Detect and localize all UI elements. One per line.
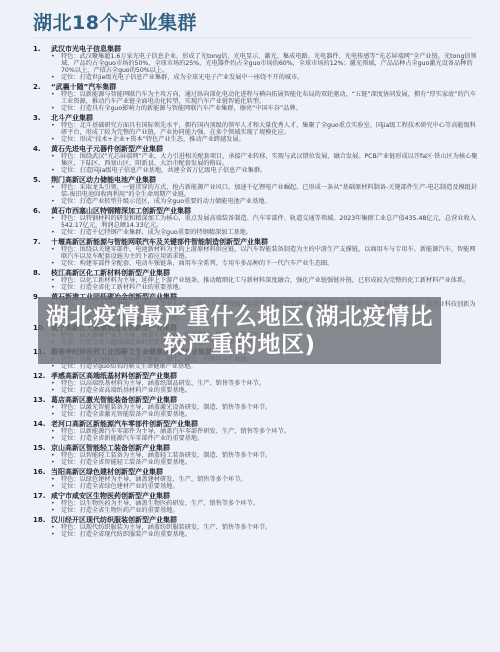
- bullet-dot-icon: •: [51, 483, 61, 490]
- bullet-label: 定位：: [61, 136, 80, 143]
- cluster-number: 17.: [33, 492, 51, 500]
- bullet-label: 特色：: [61, 452, 80, 459]
- cluster-item: 7. 十堰高新区新能源与智能网联汽车及关键部件智能制造创新型产业集群 •特色：围…: [33, 238, 478, 267]
- bullet-positioning: •定位：打造全省新能源汽车零部件产业的重要基地。: [33, 435, 478, 442]
- bullet-feature: •特色：以智能轻工装备为主导，涵盖轻工装备研发、制造、销售等多个环节。: [33, 452, 478, 459]
- bullet-dot-icon: •: [51, 167, 61, 174]
- bullet-text: 特色：围绕武汉“光芯屏端网”产业，大力引进相关配套项目，承接产业转移，实现与武汉…: [61, 153, 478, 167]
- bullet-label: 定位：: [61, 284, 80, 291]
- bullet-text: 定位：打造全省绿色建材产业的重要基地。: [61, 483, 478, 490]
- bullet-body: 打造具有全guo影响力的新能源与智能网联汽车产业集群，擦亮“中国车谷”品牌。: [80, 105, 302, 112]
- bullet-feature: •特色：以新能源汽车零部件为主导，涵盖汽车零部件研发、生产、销售等多个环节。: [33, 428, 478, 435]
- cluster-bullets: •特色：围绕以关键零部件、电池新材料为主的上游原材料供应链，以汽车智能装备制造为…: [33, 246, 478, 267]
- bullet-dot-icon: •: [51, 184, 61, 198]
- bullet-dot-icon: •: [51, 277, 61, 284]
- bullet-positioning: •定位：打造全省现代纺织服装产业的重要基地。: [33, 531, 478, 538]
- cluster-bullets: •特色：以生物医药为主导，涵盖生物医药研发、生产、销售等多个环节。•定位：打造全…: [33, 500, 478, 514]
- bullet-dot-icon: •: [51, 105, 61, 112]
- cluster-heading: 3. 北斗产业集群: [33, 114, 478, 122]
- bullet-body: 以现代纺织服装为主导，涵盖纺织服装研发、生产、销售等多个环节。: [80, 524, 272, 531]
- bullet-dot-icon: •: [51, 435, 61, 442]
- bullet-text: 特色：以新能源汽车零部件为主导，涵盖汽车零部件研发、生产、销售等多个环节。: [61, 428, 478, 435]
- cluster-name: 咸宁市咸安区生物医药创新型产业集群: [51, 492, 478, 500]
- bullet-text: 定位：打造全省生物医药产业的重要基地。: [61, 507, 478, 514]
- bullet-dot-icon: •: [51, 229, 61, 236]
- bullet-label: 定位：: [61, 387, 80, 394]
- bullet-positioning: •定位：打造具有全guo影响力的新能源与智能网联汽车产业集群，擦亮“中国车谷”品…: [33, 105, 478, 112]
- bullet-positioning: •定位：打造千亿特钢产业集群，成为全guo重要的特钢精深加工基地。: [33, 229, 478, 236]
- bullet-text: 定位：打造千亿特钢产业集群，成为全guo重要的特钢精深加工基地。: [61, 229, 478, 236]
- cluster-item: 18. 汉川经开区现代纺织服装创新型产业集群 •特色：以现代纺织服装为主导，涵盖…: [33, 516, 478, 538]
- bullet-positioning: •定位：打造全省化工新材料产业的重要基地。: [33, 284, 478, 291]
- bullet-label: 特色：: [61, 500, 80, 507]
- cluster-name: 孝感高新区高端纸基材料创新型产业集群: [51, 372, 478, 380]
- cluster-bullets: •特色：以新能源汽车零部件为主导，涵盖汽车零部件研发、生产、销售等多个环节。•定…: [33, 428, 478, 442]
- bullet-body: 打造全省高端纸基材料产业的重要基地。: [80, 387, 191, 394]
- bullet-body: 以高端纸基材料为主导，涵盖纸制品研发、生产、销售等多个环节。: [80, 380, 266, 387]
- cluster-bullets: •特色：以激光智能装备为主导，涵盖激光设备研发、制造、销售等多个环节。•定位：打…: [33, 404, 478, 418]
- bullet-label: 定位：: [61, 105, 80, 112]
- bullet-body: 采取龙头引领、一链贯穿的方式，抢占新能源产业风口，加速千亿锂电产业崛起。已形成一…: [61, 184, 477, 198]
- cluster-name: 黄石先进电子元器件创新型产业集群: [51, 145, 478, 153]
- bullet-body: 以化工新材料为主导，延伸上下游产业链条，推动精细化工与新材料深度融合，强化产业链…: [80, 277, 470, 284]
- bullet-body: 形成“技术+企业+资本”特色产业生态，推动产业跨越发展。: [80, 136, 245, 143]
- bullet-body: 打造全省新能源汽车零部件产业的重要基地。: [80, 435, 204, 442]
- cluster-bullets: •特色：以化工新材料为主导，延伸上下游产业链条，推动精细化工与新材料深度融合，强…: [33, 277, 478, 291]
- bullet-body: 打造全省绿色建材产业的重要基地。: [80, 483, 179, 490]
- bullet-label: 定位：: [61, 507, 80, 514]
- cluster-bullets: •特色：以现代纺织服装为主导，涵盖纺织服装研发、生产、销售等多个环节。•定位：打…: [33, 524, 478, 538]
- bullet-dot-icon: •: [51, 198, 61, 205]
- bullet-body: 武汉聚集超1.6万家光电子信息企业，形成了光tong信、光电显示、激光、集成电路…: [61, 53, 477, 74]
- bullet-label: 特色：: [61, 153, 80, 160]
- cluster-number: 8.: [33, 269, 51, 277]
- bullet-dot-icon: •: [51, 363, 61, 370]
- cluster-number: 6.: [33, 207, 51, 215]
- cluster-item: 17. 咸宁市咸安区生物医药创新型产业集群 •特色：以生物医药为主导，涵盖生物医…: [33, 492, 478, 514]
- cluster-number: 13.: [33, 396, 51, 404]
- bullet-feature: •特色：以高端纸基材料为主导，涵盖纸制品研发、生产、销售等多个环节。: [33, 380, 478, 387]
- bullet-feature: •特色：以化工新材料为主导，延伸上下游产业链条，推动精细化工与新材料深度融合，强…: [33, 277, 478, 284]
- bullet-label: 定位：: [61, 74, 80, 81]
- bullet-dot-icon: •: [51, 507, 61, 514]
- bullet-body: 打造国jia级电子信息产业基地，共建全省万亿级电子信息产业集群。: [80, 167, 267, 174]
- cluster-item: 3. 北斗产业集群 •特色：北斗基础研究方面具有国际领先水平，拥有国内顶级的领军…: [33, 114, 478, 143]
- cluster-item: 4. 黄石先进电子元器件创新型产业集群 •特色：围绕武汉“光芯屏端网”产业，大力…: [33, 145, 478, 174]
- bullet-text: 特色：武汉聚集超1.6万家光电子信息企业，形成了光tong信、光电显示、激光、集…: [61, 53, 478, 74]
- cluster-number: 7.: [33, 238, 51, 246]
- bullet-body: 北斗基础研究方面具有国际领先水平，拥有国内顶级的领军人才和大量优秀人才，集聚了全…: [61, 122, 476, 136]
- bullet-body: 打造全省化工新材料产业的重要基地。: [80, 284, 185, 291]
- bullet-positioning: •定位：打造全省绿色建材产业的重要基地。: [33, 483, 478, 490]
- headline-overlay-banner: 湖北疫情最严重什么地区(湖北疫情比较严重的地区): [38, 297, 441, 364]
- cluster-heading: 17. 咸宁市咸安区生物医药创新型产业集群: [33, 492, 478, 500]
- cluster-item: 15. 京山高新区智能轻工装备创新产业集群 •特色：以智能轻工装备为主导，涵盖轻…: [33, 444, 478, 466]
- bullet-feature: •特色：以现代纺织服装为主导，涵盖纺织服装研发、生产、销售等多个环节。: [33, 524, 478, 531]
- bullet-dot-icon: •: [51, 531, 61, 538]
- bullet-feature: •特色：以激光智能装备为主导，涵盖激光设备研发、制造、销售等多个环节。: [33, 404, 478, 411]
- bullet-text: 特色：以激光智能装备为主导，涵盖激光设备研发、制造、销售等多个环节。: [61, 404, 478, 411]
- bullet-label: 定位：: [61, 198, 80, 205]
- bullet-text: 特色：以特钢材料的研发和精深加工为核心，重点发展高端装备制造、汽车零部件、轨道交…: [61, 215, 478, 229]
- bullet-body: 打造全省激光智能装备产业的重要基地。: [80, 411, 191, 418]
- bullet-dot-icon: •: [51, 74, 61, 81]
- cluster-heading: 16. 当阳高新区绿色建材创新型产业集群: [33, 468, 478, 476]
- bullet-body: 打造产业转型升级示范区，成为全guo重要的动力储能电池产业基地。: [80, 198, 271, 205]
- bullet-text: 定位：打造具有全guo影响力的新能源与智能网联汽车产业集群，擦亮“中国车谷”品牌…: [61, 105, 478, 112]
- bullet-feature: •特色：采取龙头引领、一链贯穿的方式，抢占新能源产业风口，加速千亿锂电产业崛起。…: [33, 184, 478, 198]
- cluster-item: 8. 枝江高新区化工新材料创新型产业集群 •特色：以化工新材料为主导，延伸上下游…: [33, 269, 478, 291]
- bullet-text: 定位：打造全省高端纸基材料产业的重要基地。: [61, 387, 478, 394]
- bullet-dot-icon: •: [51, 215, 61, 229]
- bullet-dot-icon: •: [51, 459, 61, 466]
- bullet-text: 特色：围绕以关键零部件、电池新材料为主的上游原材料供应链，以汽车智能装备制造为主…: [61, 246, 478, 260]
- bullet-text: 定位：打造世jie级光电子信息产业集群，成为全球光电子产业发展中一座绕不开的城市…: [61, 74, 478, 81]
- bullet-text: 定位：打造全省新能源汽车零部件产业的重要基地。: [61, 435, 478, 442]
- cluster-name: 葛店高新区激光智能装备创新型产业集群: [51, 396, 478, 404]
- cluster-heading: 5. 荆门高新区动力储能电池产业集群: [33, 176, 478, 184]
- cluster-heading: 8. 枝江高新区化工新材料创新型产业集群: [33, 269, 478, 277]
- bullet-positioning: •定位：打造全省激光智能装备产业的重要基地。: [33, 411, 478, 418]
- bullet-positioning: •定位：形成“技术+企业+资本”特色产业生态，推动产业跨越发展。: [33, 136, 478, 143]
- cluster-item: 12. 孝感高新区高端纸基材料创新型产业集群 •特色：以高端纸基材料为主导，涵盖…: [33, 372, 478, 394]
- cluster-heading: 2. “武襄十随”汽车集群: [33, 83, 478, 91]
- bullet-feature: •特色：北斗基础研究方面具有国际领先水平，拥有国内顶级的领军人才和大量优秀人才，…: [33, 122, 478, 136]
- bullet-label: 特色：: [61, 524, 80, 531]
- bullet-text: 定位：打造全省化工新材料产业的重要基地。: [61, 284, 478, 291]
- bullet-dot-icon: •: [51, 136, 61, 143]
- bullet-dot-icon: •: [51, 260, 61, 267]
- bullet-text: 特色：以绿色建材为主导，涵盖建材研发、生产、销售等多个环节。: [61, 476, 478, 483]
- headline-overlay-text: 湖北疫情最严重什么地区(湖北疫情比较严重的地区): [38, 303, 441, 359]
- cluster-name: 当阳高新区绿色建材创新型产业集群: [51, 468, 478, 476]
- bullet-text: 定位：打造国jia级电子信息产业基地，共建全省万亿级电子信息产业集群。: [61, 167, 478, 174]
- bullet-dot-icon: •: [51, 524, 61, 531]
- cluster-bullets: •特色：采取龙头引领、一链贯穿的方式，抢占新能源产业风口，加速千亿锂电产业崛起。…: [33, 184, 478, 205]
- bullet-text: 特色：以生物医药为主导，涵盖生物医药研发、生产、销售等多个环节。: [61, 500, 478, 507]
- bullet-feature: •特色：以生物医药为主导，涵盖生物医药研发、生产、销售等多个环节。: [33, 500, 478, 507]
- bullet-dot-icon: •: [51, 153, 61, 167]
- bullet-label: 特色：: [61, 428, 80, 435]
- cluster-heading: 12. 孝感高新区高端纸基材料创新型产业集群: [33, 372, 478, 380]
- bullet-body: 打造全省现代纺织服装产业的重要基地。: [80, 531, 191, 538]
- cluster-bullets: •特色：以智能轻工装备为主导，涵盖轻工装备研发、制造、销售等多个环节。•定位：打…: [33, 452, 478, 466]
- bullet-positioning: •定位：打造全省生物医药产业的重要基地。: [33, 507, 478, 514]
- cluster-number: 15.: [33, 444, 51, 452]
- bullet-label: 定位：: [61, 167, 80, 174]
- bullet-body: 以新能源汽车零部件为主导，涵盖汽车零部件研发、生产、销售等多个环节。: [80, 428, 290, 435]
- cluster-name: 汉川经开区现代纺织服装创新型产业集群: [51, 516, 478, 524]
- cluster-name: 黄石市西塞山区特钢精深加工创新型产业集群: [51, 207, 478, 215]
- bullet-body: 以新能源与智能网联汽车为主攻方向，通过纵向深化电动化进程与横向拓展智能化布局的双…: [61, 91, 476, 105]
- cluster-bullets: •特色：以绿色建材为主导，涵盖建材研发、生产、销售等多个环节。•定位：打造全省绿…: [33, 476, 478, 490]
- cluster-heading: 6. 黄石市西塞山区特钢精深加工创新型产业集群: [33, 207, 478, 215]
- bullet-label: 特色：: [61, 476, 80, 483]
- cluster-number: 2.: [33, 83, 51, 91]
- cluster-bullets: •特色：围绕武汉“光芯屏端网”产业，大力引进相关配套项目，承接产业转移，实现与武…: [33, 153, 478, 174]
- bullet-dot-icon: •: [51, 380, 61, 387]
- bullet-label: 特色：: [61, 122, 80, 129]
- cluster-item: 1. 武汉市光电子信息集群 •特色：武汉聚集超1.6万家光电子信息企业，形成了光…: [33, 45, 478, 81]
- bullet-positioning: •定位：打造产业转型升级示范区，成为全guo重要的动力储能电池产业基地。: [33, 198, 478, 205]
- bullet-body: 围绕武汉“光芯屏端网”产业，大力引进相关配套项目，承接产业转移，实现与武汉错位发…: [61, 153, 477, 167]
- bullet-body: 打造世jie级光电子信息产业集群，成为全球光电子产业发展中一座绕不开的城市。: [80, 74, 304, 81]
- cluster-name: 枝江高新区化工新材料创新型产业集群: [51, 269, 478, 277]
- cluster-number: 16.: [33, 468, 51, 476]
- bullet-label: 定位：: [61, 229, 80, 236]
- bullet-label: 定位：: [61, 363, 80, 370]
- bullet-positioning: •定位：构建零部件全配套、电动车强链条、商用车全系列、专用车多品种的下一代汽车产…: [33, 260, 478, 267]
- cluster-heading: 18. 汉川经开区现代纺织服装创新型产业集群: [33, 516, 478, 524]
- bullet-dot-icon: •: [51, 476, 61, 483]
- cluster-heading: 13. 葛店高新区激光智能装备创新型产业集群: [33, 396, 478, 404]
- bullet-label: 定位：: [61, 483, 80, 490]
- bullet-label: 特色：: [61, 53, 80, 60]
- cluster-bullets: •特色：北斗基础研究方面具有国际领先水平，拥有国内顶级的领军人才和大量优秀人才，…: [33, 122, 478, 143]
- bullet-body: 以绿色建材为主导，涵盖建材研发、生产、销售等多个环节。: [80, 476, 247, 483]
- bullet-text: 定位：打造全省激光智能装备产业的重要基地。: [61, 411, 478, 418]
- bullet-body: 构建零部件全配套、电动车强链条、商用车全系列、专用车多品种的下一代汽车产业生态圈…: [80, 260, 334, 267]
- cluster-item: 2. “武襄十随”汽车集群 •特色：以新能源与智能网联汽车为主攻方向，通过纵向深…: [33, 83, 478, 112]
- cluster-number: 14.: [33, 420, 51, 428]
- cluster-number: 4.: [33, 145, 51, 153]
- cluster-number: 5.: [33, 176, 51, 184]
- cluster-item: 6. 黄石市西塞山区特钢精深加工创新型产业集群 •特色：以特钢材料的研发和精深加…: [33, 207, 478, 236]
- bullet-dot-icon: •: [51, 122, 61, 136]
- bullet-dot-icon: •: [51, 387, 61, 394]
- bullet-label: 定位：: [61, 260, 80, 267]
- cluster-name: 荆门高新区动力储能电池产业集群: [51, 176, 478, 184]
- bullet-label: 特色：: [61, 277, 80, 284]
- bullet-positioning: •定位：打造国jia级电子信息产业基地，共建全省万亿级电子信息产业集群。: [33, 167, 478, 174]
- cluster-name: 北斗产业集群: [51, 114, 478, 122]
- title-divider: [33, 37, 473, 38]
- cluster-bullets: •特色：以高端纸基材料为主导，涵盖纸制品研发、生产、销售等多个环节。•定位：打造…: [33, 380, 478, 394]
- document-page: 湖北18个产业集群 1. 武汉市光电子信息集群 •特色：武汉聚集超1.6万家光电…: [0, 0, 500, 652]
- cluster-name: 京山高新区智能轻工装备创新产业集群: [51, 444, 478, 452]
- bullet-body: 以生物医药为主导，涵盖生物医药研发、生产、销售等多个环节。: [80, 500, 259, 507]
- bullet-text: 定位：打造全省现代纺织服装产业的重要基地。: [61, 531, 478, 538]
- cluster-item: 5. 荆门高新区动力储能电池产业集群 •特色：采取龙头引领、一链贯穿的方式，抢占…: [33, 176, 478, 205]
- cluster-heading: 14. 老河口高新区新能源汽车零部件创新型产业集群: [33, 420, 478, 428]
- bullet-dot-icon: •: [51, 53, 61, 74]
- bullet-positioning: •定位：打造全guo知名的蕲艾生命健康产业基地。: [33, 363, 478, 370]
- bullet-text: 特色：采取龙头引领、一链贯穿的方式，抢占新能源产业风口，加速千亿锂电产业崛起。已…: [61, 184, 478, 198]
- bullet-dot-icon: •: [51, 246, 61, 260]
- bullet-label: 定位：: [61, 531, 80, 538]
- bullet-text: 特色：以智能轻工装备为主导，涵盖轻工装备研发、制造、销售等多个环节。: [61, 452, 478, 459]
- cluster-name: 武汉市光电子信息集群: [51, 45, 478, 53]
- cluster-bullets: •特色：武汉聚集超1.6万家光电子信息企业，形成了光tong信、光电显示、激光、…: [33, 53, 478, 81]
- bullet-positioning: •定位：打造全省智能轻工装备产业的重要基地。: [33, 459, 478, 466]
- bullet-text: 特色：以新能源与智能网联汽车为主攻方向，通过纵向深化电动化进程与横向拓展智能化布…: [61, 91, 478, 105]
- document-title: 湖北18个产业集群: [33, 12, 197, 34]
- bullet-body: 以智能轻工装备为主导，涵盖轻工装备研发、制造、销售等多个环节。: [80, 452, 272, 459]
- bullet-label: 定位：: [61, 459, 80, 466]
- bullet-label: 特色：: [61, 404, 80, 411]
- cluster-name: 老河口高新区新能源汽车零部件创新型产业集群: [51, 420, 478, 428]
- bullet-body: 以激光智能装备为主导，涵盖激光设备研发、制造、销售等多个环节。: [80, 404, 272, 411]
- bullet-dot-icon: •: [51, 411, 61, 418]
- cluster-heading: 4. 黄石先进电子元器件创新型产业集群: [33, 145, 478, 153]
- bullet-text: 定位：形成“技术+企业+资本”特色产业生态，推动产业跨越发展。: [61, 136, 478, 143]
- bullet-body: 打造全省智能轻工装备产业的重要基地。: [80, 459, 191, 466]
- bullet-label: 特色：: [61, 380, 80, 387]
- bullet-text: 定位：构建零部件全配套、电动车强链条、商用车全系列、专用车多品种的下一代汽车产业…: [61, 260, 478, 267]
- bullet-body: 围绕以关键零部件、电池新材料为主的上游原材料供应链，以汽车智能装备制造为主的中游…: [61, 246, 476, 260]
- bullet-text: 特色：以现代纺织服装为主导，涵盖纺织服装研发、生产、销售等多个环节。: [61, 524, 478, 531]
- cluster-item: 14. 老河口高新区新能源汽车零部件创新型产业集群 •特色：以新能源汽车零部件为…: [33, 420, 478, 442]
- cluster-item: 16. 当阳高新区绿色建材创新型产业集群 •特色：以绿色建材为主导，涵盖建材研发…: [33, 468, 478, 490]
- bullet-body: 以特钢材料的研发和精深加工为核心，重点发展高端装备制造、汽车零部件、轨道交通等领…: [61, 215, 476, 229]
- bullet-feature: •特色：围绕武汉“光芯屏端网”产业，大力引进相关配套项目，承接产业转移，实现与武…: [33, 153, 478, 167]
- bullet-positioning: •定位：打造世jie级光电子信息产业集群，成为全球光电子产业发展中一座绕不开的城…: [33, 74, 478, 81]
- cluster-number: 12.: [33, 372, 51, 380]
- cluster-name: “武襄十随”汽车集群: [51, 83, 478, 91]
- bullet-body: 打造全省生物医药产业的重要基地。: [80, 507, 179, 514]
- bullet-feature: •特色：以新能源与智能网联汽车为主攻方向，通过纵向深化电动化进程与横向拓展智能化…: [33, 91, 478, 105]
- cluster-number: 1.: [33, 45, 51, 53]
- bullet-positioning: •定位：打造全省高端纸基材料产业的重要基地。: [33, 387, 478, 394]
- bullet-feature: •特色：以特钢材料的研发和精深加工为核心，重点发展高端装备制造、汽车零部件、轨道…: [33, 215, 478, 229]
- bullet-text: 特色：以化工新材料为主导，延伸上下游产业链条，推动精细化工与新材料深度融合，强化…: [61, 277, 478, 284]
- bullet-dot-icon: •: [51, 284, 61, 291]
- cluster-heading: 7. 十堰高新区新能源与智能网联汽车及关键部件智能制造创新型产业集群: [33, 238, 478, 246]
- bullet-dot-icon: •: [51, 452, 61, 459]
- cluster-name: 十堰高新区新能源与智能网联汽车及关键部件智能制造创新型产业集群: [51, 238, 478, 246]
- bullet-feature: •特色：以绿色建材为主导，涵盖建材研发、生产、销售等多个环节。: [33, 476, 478, 483]
- bullet-label: 特色：: [61, 184, 80, 191]
- bullet-dot-icon: •: [51, 91, 61, 105]
- bullet-feature: •特色：武汉聚集超1.6万家光电子信息企业，形成了光tong信、光电显示、激光、…: [33, 53, 478, 74]
- bullet-label: 特色：: [61, 246, 80, 253]
- cluster-heading: 15. 京山高新区智能轻工装备创新产业集群: [33, 444, 478, 452]
- cluster-bullets: •特色：以特钢材料的研发和精深加工为核心，重点发展高端装备制造、汽车零部件、轨道…: [33, 215, 478, 236]
- cluster-bullets: •特色：以新能源与智能网联汽车为主攻方向，通过纵向深化电动化进程与横向拓展智能化…: [33, 91, 478, 112]
- cluster-number: 18.: [33, 516, 51, 524]
- bullet-body: 打造千亿特钢产业集群，成为全guo重要的特钢精深加工基地。: [80, 229, 253, 236]
- bullet-dot-icon: •: [51, 404, 61, 411]
- cluster-item: 13. 葛店高新区激光智能装备创新型产业集群 •特色：以激光智能装备为主导，涵盖…: [33, 396, 478, 418]
- bullet-text: 特色：北斗基础研究方面具有国际领先水平，拥有国内顶级的领军人才和大量优秀人才，集…: [61, 122, 478, 136]
- bullet-label: 特色：: [61, 215, 80, 222]
- bullet-text: 定位：打造产业转型升级示范区，成为全guo重要的动力储能电池产业基地。: [61, 198, 478, 205]
- cluster-number: 3.: [33, 114, 51, 122]
- bullet-label: 特色：: [61, 91, 80, 98]
- bullet-dot-icon: •: [51, 500, 61, 507]
- bullet-text: 定位：打造全guo知名的蕲艾生命健康产业基地。: [61, 363, 478, 370]
- bullet-feature: •特色：围绕以关键零部件、电池新材料为主的上游原材料供应链，以汽车智能装备制造为…: [33, 246, 478, 260]
- bullet-text: 定位：打造全省智能轻工装备产业的重要基地。: [61, 459, 478, 466]
- bullet-dot-icon: •: [51, 428, 61, 435]
- bullet-label: 定位：: [61, 411, 80, 418]
- bullet-label: 定位：: [61, 435, 80, 442]
- cluster-list: 1. 武汉市光电子信息集群 •特色：武汉聚集超1.6万家光电子信息企业，形成了光…: [33, 45, 478, 540]
- cluster-heading: 1. 武汉市光电子信息集群: [33, 45, 478, 53]
- bullet-text: 特色：以高端纸基材料为主导，涵盖纸制品研发、生产、销售等多个环节。: [61, 380, 478, 387]
- bullet-body: 打造全guo知名的蕲艾生命健康产业基地。: [80, 363, 197, 370]
